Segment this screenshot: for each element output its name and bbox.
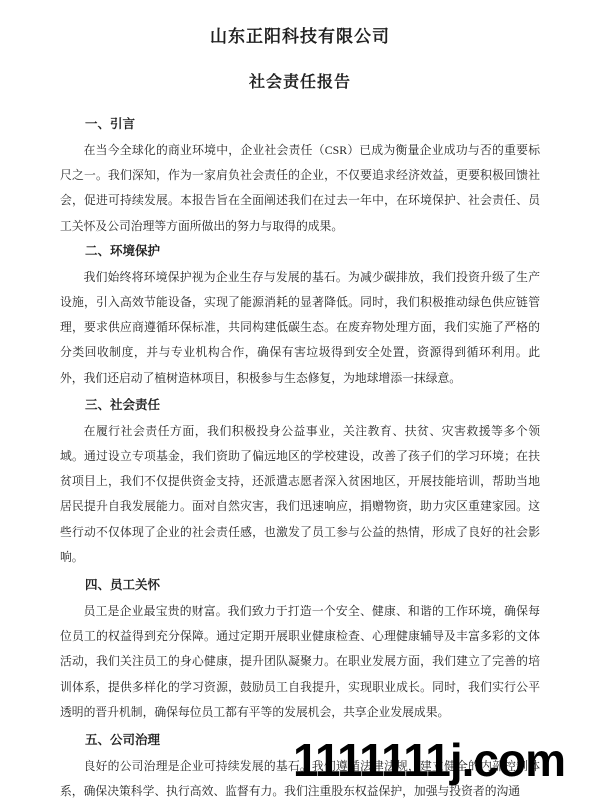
section-social-responsibility: 三、社会责任 在履行社会责任方面，我们积极投身公益事业，关注教育、扶贫、灾害救援…	[60, 397, 540, 570]
section-heading: 一、引言	[60, 116, 540, 132]
document-page: 山东正阳科技有限公司 社会责任报告 一、引言 在当今全球化的商业环境中，企业社会…	[0, 0, 605, 800]
section-paragraph: 在履行社会责任方面，我们积极投身公益事业，关注教育、扶贫、灾害救援等多个领域。通…	[60, 419, 540, 570]
section-introduction: 一、引言 在当今全球化的商业环境中，企业社会责任（CSR）已成为衡量企业成功与否…	[60, 116, 540, 239]
section-paragraph: 员工是企业最宝贵的财富。我们致力于打造一个安全、健康、和谐的工作环境，确保每位员…	[60, 599, 540, 725]
section-heading: 二、环境保护	[60, 243, 540, 259]
report-title: 社会责任报告	[60, 73, 540, 93]
company-title: 山东正阳科技有限公司	[60, 0, 540, 47]
document-content: 山东正阳科技有限公司 社会责任报告 一、引言 在当今全球化的商业环境中，企业社会…	[60, 0, 540, 800]
section-heading: 四、员工关怀	[60, 577, 540, 593]
section-heading: 三、社会责任	[60, 397, 540, 413]
section-employee-care: 四、员工关怀 员工是企业最宝贵的财富。我们致力于打造一个安全、健康、和谐的工作环…	[60, 577, 540, 725]
section-paragraph: 我们始终将环境保护视为企业生存与发展的基石。为减少碳排放，我们投资升级了生产设施…	[60, 265, 540, 391]
site-watermark: 1111111j.com	[293, 733, 565, 787]
section-environment: 二、环境保护 我们始终将环境保护视为企业生存与发展的基石。为减少碳排放，我们投资…	[60, 243, 540, 391]
section-paragraph: 在当今全球化的商业环境中，企业社会责任（CSR）已成为衡量企业成功与否的重要标尺…	[60, 138, 540, 239]
